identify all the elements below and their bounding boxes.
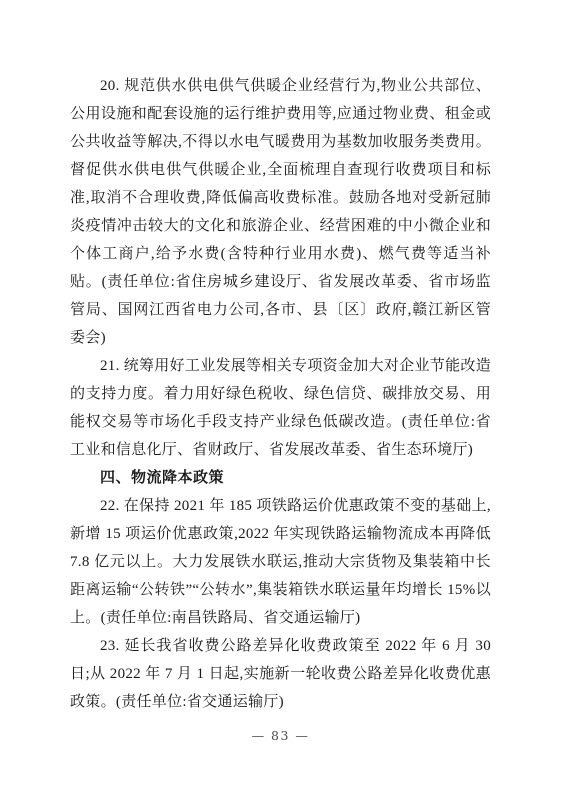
paragraph-clause-20: 20. 规范供水供电供气供暖企业经营行为,物业公共部位、公用设施和配套设施的运行…: [70, 72, 491, 352]
paragraph-clause-23: 23. 延长我省收费公路差异化收费政策至 2022 年 6 月 30 日;从 2…: [70, 632, 491, 716]
paragraph-clause-21: 21. 统筹用好工业发展等相关专项资金加大对企业节能改造的支持力度。着力用好绿色…: [70, 352, 491, 464]
section-heading-logistics-policy: 四、物流降本政策: [70, 464, 491, 492]
document-body: 20. 规范供水供电供气供暖企业经营行为,物业公共部位、公用设施和配套设施的运行…: [70, 72, 491, 716]
page-number: — 83 —: [0, 728, 561, 743]
document-page: 20. 规范供水供电供气供暖企业经营行为,物业公共部位、公用设施和配套设施的运行…: [0, 0, 561, 793]
paragraph-clause-22: 22. 在保持 2021 年 185 项铁路运价优惠政策不变的基础上,新增 15…: [70, 492, 491, 632]
